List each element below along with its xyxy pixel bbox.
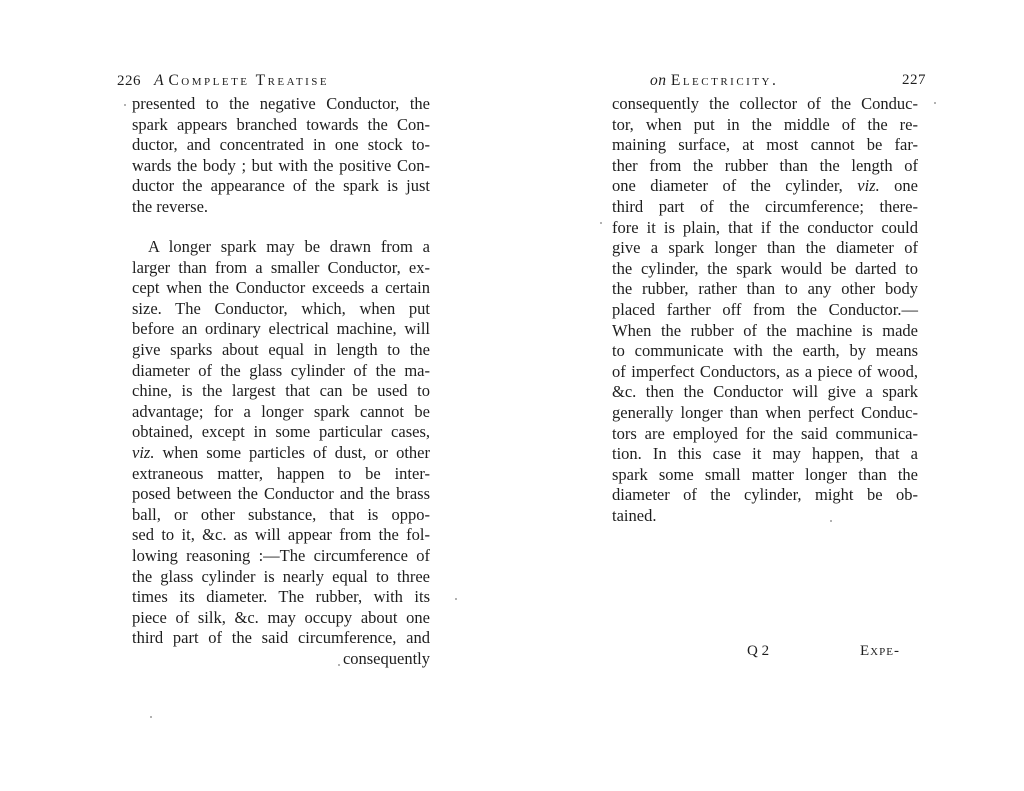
- text-line: piece of silk, &c. may occupy about one: [132, 608, 430, 629]
- text-line: posed between the Conductor and the bras…: [132, 484, 430, 505]
- page-number: 227: [902, 72, 926, 89]
- text-line: ductor, and concentrated in one stock to…: [132, 135, 430, 156]
- text-line: the glass cylinder is nearly equal to th…: [132, 567, 430, 588]
- scan-speck: [150, 716, 152, 718]
- paragraph: consequently the collector of the Conduc…: [612, 94, 918, 526]
- text-line: presented to the negative Conductor, the: [132, 94, 430, 115]
- text-line: diameter of the glass cylinder of the ma…: [132, 361, 430, 382]
- scan-speck: [338, 664, 340, 666]
- text-line: third part of the said circumference, an…: [132, 628, 430, 649]
- text-line: A longer spark may be drawn from a: [132, 237, 430, 258]
- text-line: third part of the circumference; there-: [612, 197, 918, 218]
- left-running-head: 226 A Complete Treatise: [117, 72, 329, 90]
- text-line: to communicate with the earth, by means: [612, 341, 918, 362]
- text-line: larger than from a smaller Conductor, ex…: [132, 258, 430, 279]
- text-line: tained.: [612, 506, 918, 527]
- right-running-head: on Electricity. 227: [650, 72, 918, 90]
- running-head-title: Electricity.: [671, 72, 779, 89]
- running-head-prefix: on: [650, 72, 667, 89]
- text-line: before an ordinary electrical machine, w…: [132, 319, 430, 340]
- text-line: give sparks about equal in length to the: [132, 340, 430, 361]
- text-line: size. The Conductor, which, when put: [132, 299, 430, 320]
- text-line: viz. when some particles of dust, or oth…: [132, 443, 430, 464]
- scan-speck: [124, 104, 126, 106]
- text-line: the rubber, rather than to any other bod…: [612, 279, 918, 300]
- running-head-title: Complete Treatise: [168, 72, 329, 89]
- text-line: ball, or other substance, that is oppo-: [132, 505, 430, 526]
- catchword: consequently: [132, 649, 430, 670]
- text-line: ther from the rubber than the length of: [612, 156, 918, 177]
- scan-speck: [600, 222, 602, 224]
- text-line: consequently the collector of the Conduc…: [612, 94, 918, 115]
- text-line: spark some small matter longer than the: [612, 465, 918, 486]
- scan-speck: [934, 102, 936, 104]
- catchword: Expe-: [860, 643, 900, 660]
- text-line: tion. In this case it may happen, that a: [612, 444, 918, 465]
- text-line: &c. then the Conductor will give a spark: [612, 382, 918, 403]
- text-line: the cylinder, the spark would be darted …: [612, 259, 918, 280]
- text-line: tors are employed for the said communica…: [612, 424, 918, 445]
- text-line: times its diameter. The rubber, with its: [132, 587, 430, 608]
- text-line: the reverse.: [132, 197, 430, 218]
- paragraph: A longer spark may be drawn from a large…: [132, 237, 430, 669]
- text-line: generally longer than when perfect Condu…: [612, 403, 918, 424]
- text-line: cept when the Conductor exceeds a certai…: [132, 278, 430, 299]
- text-line: placed farther off from the Conductor.—: [612, 300, 918, 321]
- text-line: maining surface, at most cannot be far-: [612, 135, 918, 156]
- running-head-prefix: A: [154, 72, 164, 89]
- text-line: obtained, except in some particular case…: [132, 422, 430, 443]
- text-line: ductor the appearance of the spark is ju…: [132, 176, 430, 197]
- text-line: tor, when put in the middle of the re-: [612, 115, 918, 136]
- text-line: wards the body ; but with the positive C…: [132, 156, 430, 177]
- scan-speck: [830, 520, 832, 522]
- text-line: chine, is the largest that can be used t…: [132, 381, 430, 402]
- page-number: 226: [117, 73, 141, 89]
- text-line: one diameter of the cylinder, viz. one: [612, 176, 918, 197]
- signature-mark: Q 2: [747, 643, 769, 660]
- text-line: extraneous matter, happen to be inter-: [132, 464, 430, 485]
- text-line: give a spark longer than the diameter of: [612, 238, 918, 259]
- text-line: sed to it, &c. as will appear from the f…: [132, 525, 430, 546]
- text-line: advantage; for a longer spark cannot be: [132, 402, 430, 423]
- text-line: fore it is plain, that if the conductor …: [612, 218, 918, 239]
- text-line: diameter of the cylinder, might be ob-: [612, 485, 918, 506]
- text-line: lowing reasoning :—The circumference of: [132, 546, 430, 567]
- text-line: When the rubber of the machine is made: [612, 321, 918, 342]
- scan-speck: [455, 598, 457, 600]
- paragraph: presented to the negative Conductor, the…: [132, 94, 430, 218]
- text-line: spark appears branched towards the Con-: [132, 115, 430, 136]
- text-line: of imperfect Conductors, as a piece of w…: [612, 362, 918, 383]
